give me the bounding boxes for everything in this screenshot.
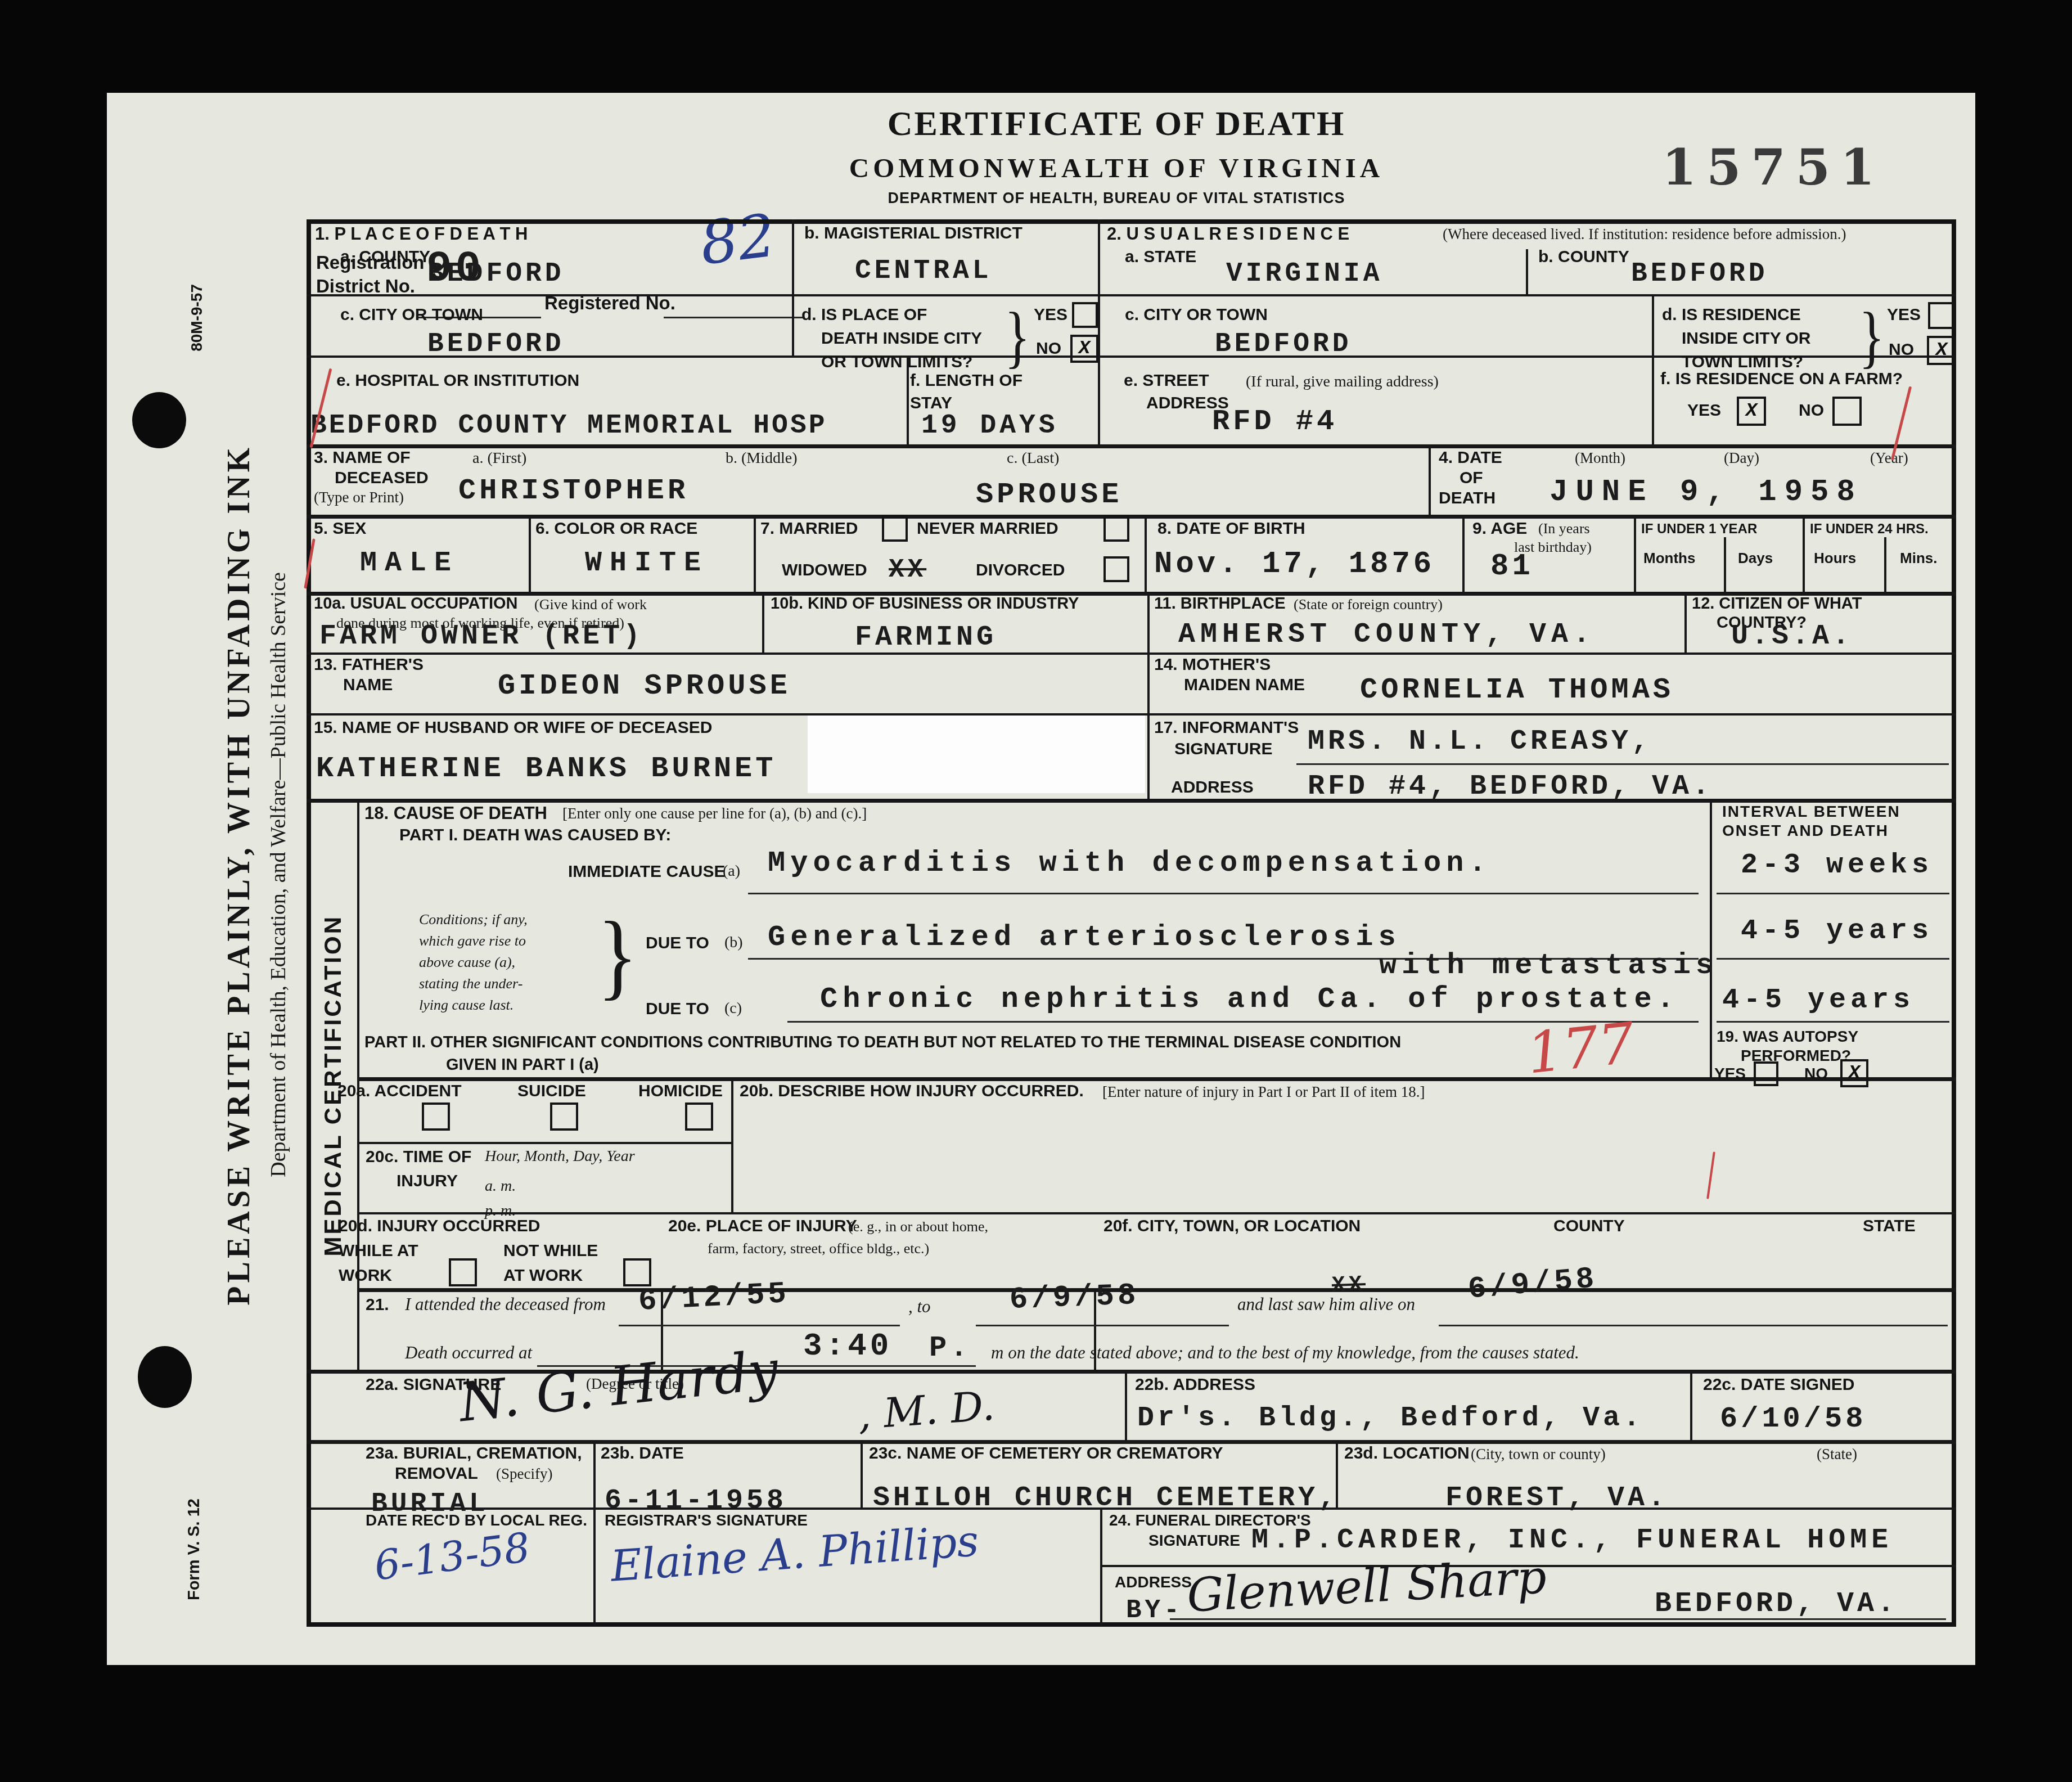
s20e-label: 20e. PLACE OF INJURY <box>668 1217 857 1236</box>
s1-stay-value: 19 DAYS <box>921 411 1058 441</box>
checkbox-x-mark: X <box>1746 400 1757 422</box>
s23d-label: 23d. LOCATION <box>1344 1444 1470 1463</box>
stock-code: 80M-9-57 <box>180 205 214 430</box>
s24-address-label: ADDRESS <box>1115 1573 1192 1591</box>
grid-line <box>792 219 794 355</box>
doc-bureau: DEPARTMENT OF HEALTH, BUREAU OF VITAL ST… <box>838 190 1395 207</box>
s6-label: 6. COLOR OR RACE <box>535 519 697 538</box>
s14-label2: MAIDEN NAME <box>1184 676 1305 695</box>
s23a-hint: (Specify) <box>496 1465 552 1483</box>
s1-city-label: c. CITY OR TOWN <box>340 305 483 325</box>
s21-death-at-label: Death occurred at <box>405 1343 532 1363</box>
physician-signature-suffix: , M. D. <box>856 1382 996 1439</box>
s7-married-checkbox <box>882 516 908 542</box>
s22b-label: 22b. ADDRESS <box>1135 1375 1255 1394</box>
grid-line <box>1684 592 1687 652</box>
s19-yes-label: YES <box>1714 1065 1746 1083</box>
s21-death-post-label: m on the date stated above; and to the b… <box>991 1343 1579 1363</box>
s3-last-label: c. (Last) <box>1007 449 1059 467</box>
grid-line <box>1147 713 1150 799</box>
certificate-scan: 80M-9-57 PLEASE WRITE PLAINLY, WITH UNFA… <box>0 0 2072 1782</box>
s3-first-label: a. (First) <box>472 449 526 467</box>
s23b-label: 23b. DATE <box>601 1444 684 1463</box>
s2-title-hint: (Where deceased lived. If institution: r… <box>1443 226 1846 243</box>
form-number: Form V. S. 12 <box>177 1460 211 1640</box>
s11-label: 11. BIRTHPLACE <box>1154 595 1286 613</box>
s2-farm-label: f. IS RESIDENCE ON A FARM? <box>1660 370 1903 389</box>
grid-line <box>1125 1370 1127 1440</box>
s24-city: BEDFORD, VA. <box>1655 1588 1898 1620</box>
write-plainly-text: PLEASE WRITE PLAINLY, WITH UNFADING INK <box>221 444 257 1306</box>
s22c-label: 22c. DATE SIGNED <box>1703 1375 1855 1394</box>
s9-value: 81 <box>1490 550 1534 584</box>
grid-line <box>357 1288 1956 1292</box>
s18-b-label: (b) <box>724 934 743 952</box>
s18-conditions-3: above cause (a), <box>419 954 515 971</box>
s18-c-label: (c) <box>724 1000 742 1018</box>
s1-county-value: BEDFORD <box>427 259 565 289</box>
s2-state-value: VIRGINIA <box>1226 259 1382 289</box>
s10a-hint: (Give kind of work <box>534 596 647 613</box>
s20f-county-label: COUNTY <box>1553 1217 1625 1236</box>
s23d-hint: (City, town or county) <box>1471 1446 1606 1463</box>
paper-sheet: 80M-9-57 PLEASE WRITE PLAINLY, WITH UNFA… <box>107 93 1975 1665</box>
underline <box>1717 958 1949 960</box>
s2-city-value: BEDFORD <box>1215 329 1352 359</box>
grid-line <box>307 1440 1956 1444</box>
s4-month-label: (Month) <box>1575 449 1625 467</box>
s18-cause-b-overflow: with metastasis <box>1379 949 1718 982</box>
s4-year-label: (Year) <box>1870 449 1908 467</box>
underline <box>1170 1618 1946 1620</box>
grid-line <box>1710 799 1712 1077</box>
s7-never-label: NEVER MARRIED <box>917 519 1058 538</box>
grid-line <box>1429 444 1431 515</box>
stock-code-text: 80M-9-57 <box>188 284 206 352</box>
s13-label2: NAME <box>343 676 393 695</box>
s7-divorced-label: DIVORCED <box>976 561 1065 580</box>
punch-hole <box>138 1346 192 1408</box>
s3-first-value: CHRISTOPHER <box>458 474 688 507</box>
s15-value: KATHERINE BANKS BURNET <box>316 752 777 785</box>
s18-part2-label2: GIVEN IN PART I (a) <box>446 1056 599 1074</box>
s20b-hint: [Enter nature of injury in Part I or Par… <box>1102 1083 1425 1101</box>
s1-stay-label: f. LENGTH OF <box>910 371 1023 390</box>
checkbox-x-mark: X <box>1079 338 1090 359</box>
s4-label3: DEATH <box>1439 489 1496 508</box>
s3-last-value: SPROUSE <box>976 478 1122 511</box>
dept-margin-note: Department of Health, Education, and Wel… <box>262 408 295 1342</box>
s2-farm-no-label: NO <box>1799 401 1824 420</box>
s21-overstrike: XX <box>1331 1272 1366 1299</box>
underline <box>1296 763 1949 765</box>
s20c-am: a. m. <box>485 1177 516 1195</box>
s1-title: 1. P L A C E O F D E A T H <box>315 224 528 244</box>
grid-line <box>861 1440 863 1507</box>
s7-married-label: 7. MARRIED <box>760 519 858 538</box>
s20a-suicide-checkbox <box>550 1102 578 1131</box>
s20a-label: 20a. ACCIDENT <box>337 1082 462 1101</box>
s20c-label2: INJURY <box>397 1172 458 1191</box>
red-annotation: 177 <box>1524 1010 1637 1086</box>
s20a-suicide-label: SUICIDE <box>517 1082 586 1101</box>
s2-inside-label3: TOWN LIMITS? <box>1682 353 1803 372</box>
s7-widowed-mark: XX <box>889 555 926 584</box>
s19-label: 19. WAS AUTOPSY <box>1717 1028 1858 1046</box>
grid-line <box>1462 515 1465 592</box>
s20b-label: 20b. DESCRIBE HOW INJURY OCCURRED. <box>740 1082 1084 1101</box>
s1-hospital-label: e. HOSPITAL OR INSTITUTION <box>336 371 579 390</box>
s4-label: 4. DATE <box>1439 448 1502 467</box>
s14-value: CORNELIA THOMAS <box>1360 673 1674 706</box>
s19-no-checkbox: X <box>1840 1059 1868 1087</box>
grid-line <box>1652 294 1654 444</box>
s5-value: MALE <box>360 547 459 579</box>
s2-yes-label: YES <box>1887 305 1921 325</box>
s10b-value: FARMING <box>855 622 997 654</box>
s21-attended-label: I attended the deceased from <box>405 1294 606 1315</box>
s17-label: 17. INFORMANT'S <box>1154 718 1299 737</box>
s24-label2: SIGNATURE <box>1148 1532 1240 1550</box>
s6-value: WHITE <box>585 547 709 579</box>
s18-cause-c: Chronic nephritis and Ca. of prostate. <box>820 983 1679 1016</box>
s20d-notwhile-label2: AT WORK <box>503 1266 583 1285</box>
s19-no-label: NO <box>1804 1065 1828 1083</box>
s9-days-label: Days <box>1738 550 1773 567</box>
brace-glyph: } <box>1005 296 1030 377</box>
s20e-hint: (e. g., in or about home, <box>848 1218 988 1235</box>
s11-value: AMHERST COUNTY, VA. <box>1178 619 1595 651</box>
s9-under24-label: IF UNDER 24 HRS. <box>1810 521 1929 537</box>
s1-inside-label2: DEATH INSIDE CITY <box>821 329 982 348</box>
s2-farm-yes-label: YES <box>1687 401 1721 420</box>
s1-hospital-value: BEDFORD COUNTY MEMORIAL HOSP <box>310 411 827 441</box>
grid-line <box>357 1142 731 1144</box>
s1-inside-label: d. IS PLACE OF <box>801 305 927 325</box>
s22b-value: Dr's. Bldg., Bedford, Va. <box>1137 1402 1643 1434</box>
s2-inside-no-checkbox: X <box>1927 336 1956 365</box>
interval-a: 2-3 weeks <box>1741 849 1933 881</box>
s12-value: U.S.A. <box>1731 620 1853 652</box>
s1-magisterial-label: b. MAGISTERIAL DISTRICT <box>804 224 1023 243</box>
s9-hours-label: Hours <box>1814 550 1856 567</box>
s2-street-label: e. STREET <box>1124 371 1209 390</box>
s23a-label2: REMOVAL <box>395 1464 478 1483</box>
doc-subtitle: COMMONWEALTH OF VIRGINIA <box>838 152 1395 184</box>
s2-street-hint: (If rural, give mailing address) <box>1246 373 1439 391</box>
s21-meridiem: P. <box>929 1331 971 1365</box>
serial-number: 15751 <box>1662 138 1885 196</box>
s24-funeral-home: M.P.CARDER, INC., FUNERAL HOME <box>1251 1524 1893 1556</box>
s20a-homicide-label: HOMICIDE <box>638 1082 723 1101</box>
s20f-label: 20f. CITY, TOWN, OR LOCATION <box>1103 1217 1361 1236</box>
s2-inside-label2: INSIDE CITY OR <box>1682 329 1810 348</box>
s20d-while-label: WHILE AT <box>339 1241 418 1261</box>
s2-county-value: BEDFORD <box>1631 259 1768 289</box>
s23d-value: FOREST, VA. <box>1445 1482 1668 1514</box>
s8-value: Nov. 17, 1876 <box>1154 547 1435 582</box>
brace-glyph: } <box>597 900 638 1011</box>
s20d-while-checkbox <box>449 1258 477 1286</box>
s1-stay-label2: STAY <box>910 394 952 413</box>
grid-line <box>1145 515 1147 592</box>
s3-label: 3. NAME OF <box>314 448 411 467</box>
s12-label: 12. CITIZEN OF WHAT <box>1692 595 1862 613</box>
underline <box>748 893 1699 894</box>
grid-line <box>1098 219 1100 444</box>
s2-state-label: a. STATE <box>1125 247 1196 267</box>
s18-conditions-4: stating the under- <box>419 975 522 992</box>
grid-line <box>1526 249 1528 294</box>
s2-inside-yes-checkbox <box>1928 302 1955 329</box>
s23c-value: SHILOH CHURCH CEMETERY, <box>873 1482 1339 1514</box>
recd-label: DATE REC'D BY LOCAL REG. <box>366 1511 587 1529</box>
s21-to-label: , to <box>908 1297 931 1317</box>
s20d-while-label2: WORK <box>339 1266 392 1285</box>
grid-line <box>307 515 1956 519</box>
s20f-state-label: STATE <box>1863 1217 1916 1236</box>
grid-line <box>1100 1507 1102 1626</box>
s7-never-checkbox <box>1103 516 1129 542</box>
s13-value: GIDEON SPROUSE <box>498 669 791 703</box>
grid-line <box>529 515 531 592</box>
grid-line <box>1634 515 1636 592</box>
s8-label: 8. DATE OF BIRTH <box>1157 519 1305 538</box>
grid-line <box>357 1212 1956 1214</box>
s10a-label: 10a. USUAL OCCUPATION <box>314 595 518 613</box>
underline <box>1439 1325 1948 1326</box>
underline <box>1717 893 1949 894</box>
s17-value: MRS. N.L. CREASY, <box>1308 726 1652 758</box>
s14-label: 14. MOTHER'S <box>1154 655 1271 674</box>
punch-hole <box>132 392 186 448</box>
s20c-hint: Hour, Month, Day, Year <box>485 1147 635 1165</box>
s17-address-value: RFD #4, BEDFORD, VA. <box>1308 771 1713 803</box>
grid-line <box>1147 592 1150 652</box>
redaction-box <box>808 715 1145 793</box>
s9-mins-label: Mins. <box>1900 550 1937 567</box>
grid-line <box>307 294 1956 296</box>
underline <box>619 1325 900 1326</box>
grid-line <box>1724 537 1726 592</box>
s4-label2: OF <box>1460 469 1483 488</box>
s3-middle-label: b. (Middle) <box>726 449 798 467</box>
interval-label2: ONSET AND DEATH <box>1722 822 1889 840</box>
s1-inside-yes-checkbox <box>1072 302 1098 328</box>
checkbox-x-mark: X <box>1936 340 1947 361</box>
s1-inside-label3: OR TOWN LIMITS? <box>821 353 972 372</box>
grid-line <box>307 652 1956 655</box>
s20c-label: 20c. TIME OF <box>366 1147 471 1167</box>
s2-title: 2. U S U A L R E S I D E N C E <box>1107 224 1349 244</box>
s2-county-label: b. COUNTY <box>1538 247 1629 267</box>
doc-title: CERTIFICATE OF DEATH <box>838 104 1395 144</box>
grid-line <box>593 1440 596 1507</box>
s24-by-label: BY- <box>1126 1596 1183 1625</box>
grid-line <box>1690 1370 1692 1440</box>
s9-hint: (In years <box>1538 520 1590 537</box>
grid-line <box>762 592 764 652</box>
s4-day-label: (Day) <box>1724 449 1759 467</box>
s7-widowed-label: WIDOWED <box>782 561 867 580</box>
s1-inside-no-checkbox: X <box>1070 335 1098 363</box>
s21-last-label: and last saw him alive on <box>1237 1294 1415 1315</box>
s10a-value: FARM OWNER (RET) <box>319 620 643 652</box>
interval-label: INTERVAL BETWEEN <box>1722 803 1900 821</box>
s1-county-label: a. COUNTY <box>340 247 430 267</box>
brace-glyph: } <box>1859 296 1885 377</box>
s23d-state-hint: (State) <box>1817 1446 1857 1463</box>
s22c-value: 6/10/58 <box>1720 1402 1866 1435</box>
s11-hint: (State or foreign country) <box>1294 596 1443 613</box>
grid-line <box>593 1507 596 1626</box>
registrar-label: REGISTRAR'S SIGNATURE <box>605 1511 808 1529</box>
s7-divorced-checkbox <box>1103 556 1129 582</box>
s18-cause-b: Generalized arteriosclerosis <box>768 921 1401 954</box>
s18-due-to-b-label: DUE TO <box>646 934 709 953</box>
s2-farm-no-checkbox <box>1832 397 1862 426</box>
s3-label2: DECEASED <box>335 469 429 488</box>
s9-months-label: Months <box>1643 550 1695 567</box>
s2-no-label: NO <box>1889 340 1914 359</box>
s2-street-value: RFD #4 <box>1212 405 1337 438</box>
s18-part2-label: PART II. OTHER SIGNIFICANT CONDITIONS CO… <box>364 1033 1401 1052</box>
s20d-notwhile-label: NOT WHILE <box>503 1241 598 1261</box>
s3-label3: (Type or Print) <box>314 489 404 506</box>
s17-label2: SIGNATURE <box>1174 740 1272 759</box>
dept-margin-text: Department of Health, Education, and Wel… <box>266 572 291 1177</box>
s20d-notwhile-checkbox <box>623 1258 651 1286</box>
form-number-text: Form V. S. 12 <box>185 1498 204 1600</box>
checkbox-x-mark: X <box>1849 1063 1860 1084</box>
s18-conditions-2: which gave rise to <box>419 933 526 949</box>
grid-line <box>307 444 1956 448</box>
grid-line <box>731 1077 733 1212</box>
s20e-hint2: farm, factory, street, office bldg., etc… <box>708 1240 929 1257</box>
s18-due-to-c-label: DUE TO <box>646 1000 709 1019</box>
s15-label: 15. NAME OF HUSBAND OR WIFE OF DECEASED <box>314 718 712 737</box>
s1-yes-label: YES <box>1034 305 1067 325</box>
s18-hint: [Enter only one cause per line for (a), … <box>562 805 867 822</box>
grid-line <box>1147 652 1150 713</box>
s21-to-value: 6/9/58 <box>1009 1279 1139 1317</box>
s21-time-value: 3:40 <box>803 1328 892 1364</box>
underline <box>1717 1021 1949 1023</box>
s18-cause-a: Myocarditis with decompensation. <box>768 847 1492 880</box>
grid-line <box>1884 537 1886 592</box>
s2-inside-label: d. IS RESIDENCE <box>1662 305 1801 325</box>
s13-label: 13. FATHER'S <box>314 655 424 674</box>
s17-address-label: ADDRESS <box>1171 778 1254 797</box>
s23a-label: 23a. BURIAL, CREMATION, <box>366 1444 582 1463</box>
grid-line <box>754 515 756 592</box>
grid-line <box>1803 515 1805 592</box>
s21-item: 21. <box>366 1295 389 1315</box>
s4-value: JUNE 9, 1958 <box>1550 475 1863 510</box>
s1-city-value: BEDFORD <box>427 329 565 359</box>
interval-b: 4-5 years <box>1741 915 1933 947</box>
s5-label: 5. SEX <box>314 519 366 538</box>
s20d-label: 20d. INJURY OCCURRED <box>339 1217 540 1236</box>
s19-yes-checkbox <box>1754 1061 1778 1086</box>
s1-magisterial-value: CENTRAL <box>855 256 992 286</box>
s9-label: 9. AGE <box>1472 519 1527 538</box>
s2-farm-yes-checkbox: X <box>1737 397 1766 426</box>
s20a-accident-checkbox <box>422 1102 450 1131</box>
s2-city-label: c. CITY OR TOWN <box>1125 305 1268 325</box>
s9-under1-label: IF UNDER 1 YEAR <box>1641 521 1757 537</box>
s10b-label: 10b. KIND OF BUSINESS OR INDUSTRY <box>771 595 1079 613</box>
s23c-label: 23c. NAME OF CEMETERY OR CREMATORY <box>869 1444 1223 1463</box>
interval-c: 4-5 years <box>1722 984 1915 1016</box>
s18-part1-label: PART I. DEATH WAS CAUSED BY: <box>399 826 671 845</box>
s20a-homicide-checkbox <box>685 1102 713 1131</box>
write-plainly-note: PLEASE WRITE PLAINLY, WITH UNFADING INK <box>217 346 262 1403</box>
underline <box>976 1325 1229 1326</box>
s18-a-label: (a) <box>723 862 740 880</box>
s18-immediate-label: IMMEDIATE CAUSE <box>568 862 725 881</box>
s18-conditions-5: lying cause last. <box>419 997 514 1014</box>
s18-label: 18. CAUSE OF DEATH <box>364 803 547 823</box>
s18-conditions-1: Conditions; if any, <box>419 911 528 928</box>
s1-no-label: NO <box>1036 339 1061 358</box>
